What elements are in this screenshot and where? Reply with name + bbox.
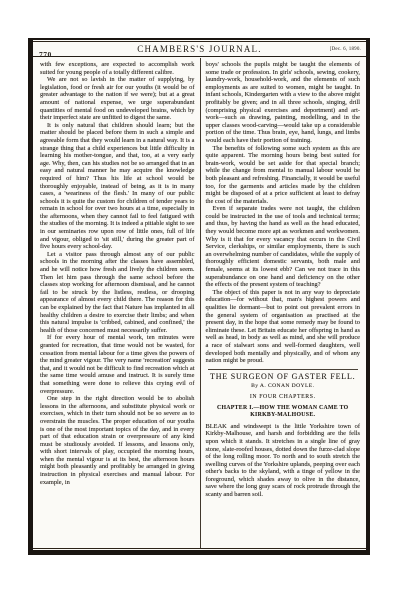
essay-paragraph: The object of this paper is not in any w… [206,289,361,365]
page-inner-rule: 770 CHAMBERS'S JOURNAL. [Dec. 6, 1890. w… [33,41,366,549]
chapter-heading: CHAPTER I.—HOW THE WOMAN CAME TO KIRKBY-… [212,405,355,420]
journal-page-frame: 770 CHAMBERS'S JOURNAL. [Dec. 6, 1890. w… [28,38,370,555]
essay-paragraph: If for every hour of mental work, ten mi… [40,334,195,395]
left-column: with few exceptions, are expected to acc… [33,58,200,548]
frame-corner-ornament [23,34,32,43]
story-parts-note: IN FOUR CHAPTERS. [206,394,361,402]
story-title: THE SURGEON OF GASTER FELL. [206,373,361,381]
article-separator-rule [208,369,359,370]
story-paragraph: BLEAK and windswept is the little Yorksh… [206,423,361,499]
frame-corner-ornament [362,33,373,44]
two-column-body: with few exceptions, are expected to acc… [33,58,366,548]
running-header: 770 CHAMBERS'S JOURNAL. [Dec. 6, 1890. [33,42,366,57]
right-column: boys' schools the pupils might be taught… [201,58,367,548]
essay-paragraph: boys' schools the pupils might be taught… [206,61,361,145]
essay-paragraph: Let a visitor pass through almost any of… [40,251,195,335]
essay-paragraph: We are not so lavish in the matter of su… [40,76,195,122]
essay-paragraph: with few exceptions, are expected to acc… [40,61,195,76]
issue-date: [Dec. 6, 1890. [330,47,361,52]
essay-paragraph: Even if separate trades were not taught,… [206,205,361,289]
scanned-journal-page: 770 CHAMBERS'S JOURNAL. [Dec. 6, 1890. w… [0,0,411,599]
essay-paragraph: One step in the right direction would be… [40,395,195,486]
frame-corner-ornament [22,548,31,557]
journal-title: CHAMBERS'S JOURNAL. [33,44,366,54]
essay-paragraph: The benefits of following some such syst… [206,145,361,206]
frame-corner-ornament [360,546,371,557]
story-byline: By A. CONAN DOYLE. [206,383,361,391]
essay-paragraph: It is only natural that children should … [40,122,195,251]
